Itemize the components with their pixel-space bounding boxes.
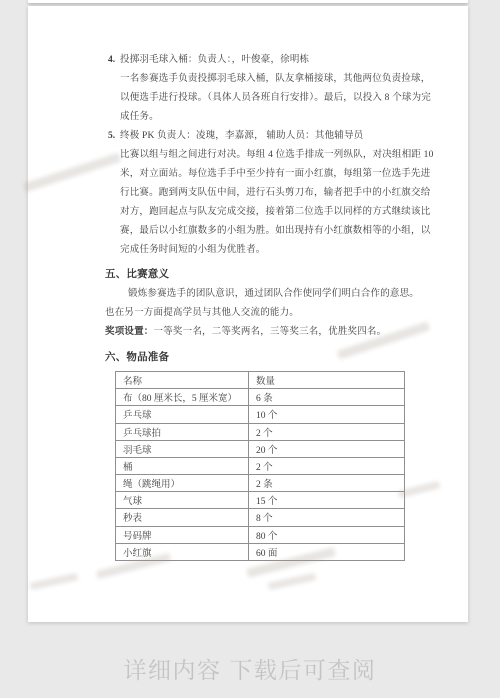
list-item-4-line: 成任务。 [120,110,159,124]
download-notice: 详细内容 下载后可查阅 [0,652,500,685]
table-header-name: 名称 [116,372,249,389]
item-quantity: 80 个 [249,526,405,543]
item-name: 小红旗 [116,543,249,560]
table-row: 气球 15 个 [116,492,405,509]
item-name: 羽毛球 [116,440,249,457]
list-item-4-line: 一名参赛选手负责投掷羽毛球入桶，队友拿桶接球，其他两位负责捡球， [120,72,430,86]
item-quantity: 2 个 [249,423,405,440]
list-item-5-number: 5. [108,129,115,143]
item-name: 乒乓球拍 [116,423,249,440]
item-quantity: 2 个 [249,457,405,474]
section-supplies-heading: 六、物品准备 [105,351,169,365]
list-item-4-title: 投掷羽毛球入桶：负责人：，叶俊豪，徐明栋 [120,53,309,67]
table-row: 布（80 厘米长，5 厘米宽） 6 条 [116,389,405,406]
table-header-quantity: 数量 [249,372,405,389]
list-item-5-line: 米，对立面站。每位选手手中至少持有一面小红旗，每组第一位选手先进 [120,167,430,181]
list-item-5-title: 终极 PK 负责人：凌瑰，李嘉源， 辅助人员：其他辅导员 [120,129,363,143]
table-row: 号码牌 80 个 [116,526,405,543]
award-settings-label: 奖项设置： [105,327,154,337]
item-quantity: 6 条 [249,389,405,406]
section-meaning-line: 也在另一方面提高学员与其他人交流的能力。 [105,306,299,320]
section-meaning-heading: 五、比赛意义 [105,268,169,282]
award-settings-text: 一等奖一名，二等奖两名，三等奖三名，优胜奖四名。 [154,327,387,337]
table-header-row: 名称 数量 [116,372,405,389]
table-row: 乒乓球 10 个 [116,406,405,423]
previous-page-edge [28,0,468,3]
item-name: 气球 [116,492,249,509]
list-item-5-line: 行比赛。跑到两支队伍中间，进行石头剪刀布，输者把手中的小红旗交给 [120,186,430,200]
list-item-5-line: 赛，最后以小红旗数多的小组为胜。如出现持有小红旗数相等的小组，以 [120,224,430,238]
item-name: 号码牌 [116,526,249,543]
award-settings-line: 奖项设置：一等奖一名，二等奖两名，三等奖三名，优胜奖四名。 [105,325,386,339]
list-item-5-line: 完成任务时间短的小组为优胜者。 [120,243,266,257]
item-name: 绳（跳绳用） [116,475,249,492]
item-quantity: 20 个 [249,440,405,457]
table-row: 羽毛球 20 个 [116,440,405,457]
supplies-table: 名称 数量 布（80 厘米长，5 厘米宽） 6 条 乒乓球 10 个 乒乓球拍 … [115,371,405,561]
item-quantity: 8 个 [249,509,405,526]
list-item-5-line: 对方，跑回起点与队友完成交接，接着第二位选手以同样的方式继续该比 [120,205,430,219]
table-row: 乒乓球拍 2 个 [116,423,405,440]
item-name: 秒表 [116,509,249,526]
item-quantity: 15 个 [249,492,405,509]
item-name: 乒乓球 [116,406,249,423]
item-quantity: 2 条 [249,475,405,492]
list-item-4-line: 以便选手进行投球。（具体人员各班自行安排）。最后，以投入 8 个球为完 [120,91,431,105]
table-row: 桶 2 个 [116,457,405,474]
list-item-5-line: 比赛以组与组之间进行对决。每组 4 位选手排成一列纵队，对决组相距 10 [120,148,434,162]
section-meaning-line: 锻炼参赛选手的团队意识，通过团队合作使同学们明白合作的意思。 [128,287,419,301]
preview-canvas: 4. 投掷羽毛球入桶：负责人：，叶俊豪，徐明栋 一名参赛选手负责投掷羽毛球入桶，… [0,0,500,698]
table-row: 秒表 8 个 [116,509,405,526]
table-row: 绳（跳绳用） 2 条 [116,475,405,492]
item-quantity: 10 个 [249,406,405,423]
list-item-4-number: 4. [108,53,115,67]
item-name: 桶 [116,457,249,474]
document-page: 4. 投掷羽毛球入桶：负责人：，叶俊豪，徐明栋 一名参赛选手负责投掷羽毛球入桶，… [28,6,468,622]
item-name: 布（80 厘米长，5 厘米宽） [116,389,249,406]
